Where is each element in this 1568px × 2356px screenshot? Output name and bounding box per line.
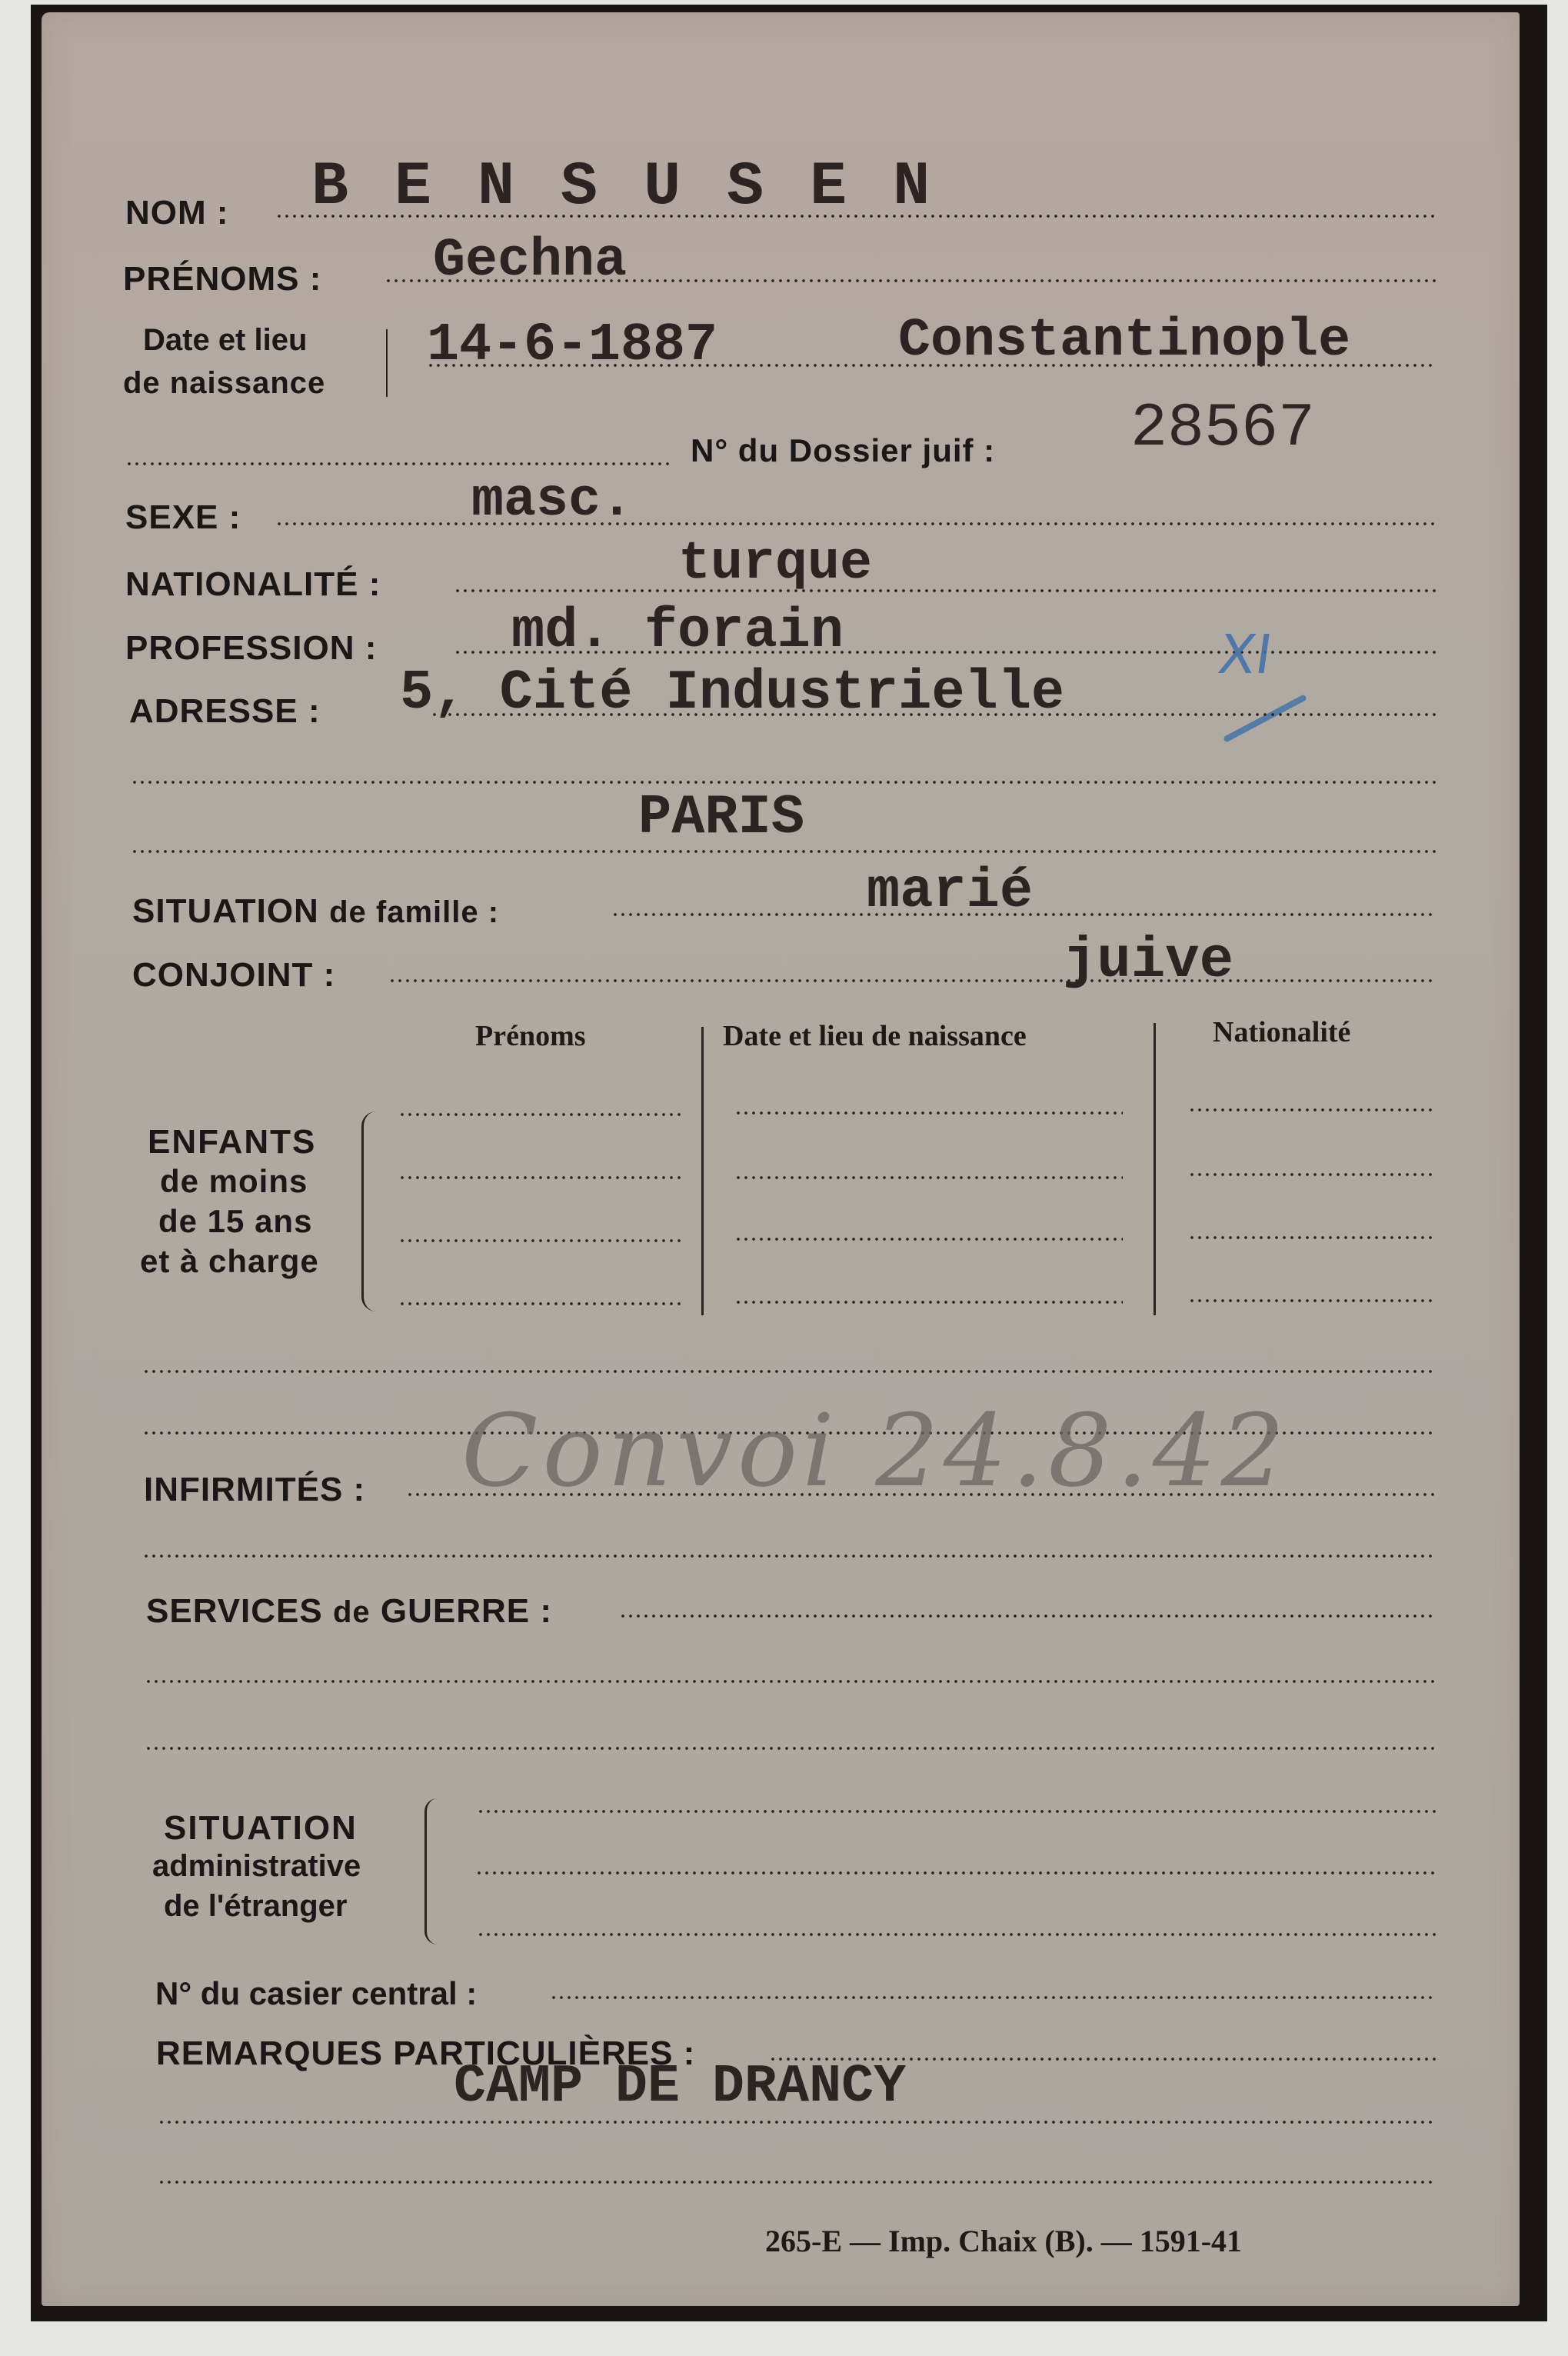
- printer-footer: 265-E — Imp. Chaix (B). — 1591-41: [765, 2223, 1242, 2259]
- enfants-divider-1: [701, 1027, 704, 1315]
- enfants-col-naissance: Date et lieu de naissance: [723, 1019, 1027, 1053]
- remarques-dotted-line-2: [158, 2120, 1437, 2124]
- nom-label: NOM :: [125, 194, 229, 232]
- situation-famille-label: SITUATION de famille :: [132, 892, 499, 931]
- situation-admin-label-2: administrative: [152, 1849, 361, 1884]
- profession-label: PROFESSION :: [125, 629, 377, 668]
- naissance-bracket: [386, 329, 388, 397]
- enfant-row-2-naissance[interactable]: [734, 1175, 1123, 1180]
- enfant-row-4-naissance[interactable]: [734, 1300, 1123, 1305]
- services-guerre-label: SERVICES de GUERRE :: [146, 1592, 552, 1631]
- profession-dotted-line: [454, 650, 1437, 655]
- situation-admin-label-3: de l'étranger: [164, 1889, 347, 1924]
- infirmites-dotted-line-2: [142, 1554, 1437, 1558]
- nationalite-label: NATIONALITÉ :: [125, 565, 381, 604]
- naissance-label-1: Date et lieu: [143, 323, 307, 358]
- services-label-de: de: [333, 1595, 371, 1629]
- adresse-city[interactable]: PARIS: [638, 786, 804, 849]
- dossier-label: N° du Dossier juif :: [691, 432, 995, 469]
- enfant-row-1-naissance[interactable]: [734, 1111, 1123, 1115]
- enfant-row-3-prenoms[interactable]: [398, 1238, 683, 1243]
- conjoint-label: CONJOINT :: [132, 956, 335, 995]
- situation-admin-dotted-3[interactable]: [477, 1932, 1437, 1937]
- enfant-row-1-nationalite[interactable]: [1188, 1108, 1437, 1112]
- services-dotted-line-3: [145, 1746, 1437, 1751]
- services-label-bold2: GUERRE :: [381, 1592, 552, 1630]
- enfants-label-1: ENFANTS: [148, 1123, 316, 1161]
- services-dotted-line-2: [145, 1679, 1437, 1684]
- city-dotted-line: [131, 849, 1437, 854]
- situation-admin-dotted-2[interactable]: [475, 1871, 1437, 1875]
- enfant-row-4-prenoms[interactable]: [398, 1301, 683, 1306]
- situation-admin-brace: [424, 1798, 438, 1944]
- enfants-col-nationalite: Nationalité: [1213, 1015, 1350, 1049]
- enfant-row-3-naissance[interactable]: [734, 1237, 1123, 1241]
- enfants-label-3: de 15 ans: [158, 1203, 312, 1240]
- remarques-dotted-line-3: [158, 2180, 1437, 2184]
- enfants-label-2: de moins: [160, 1163, 308, 1200]
- enfant-row-2-prenoms[interactable]: [398, 1175, 683, 1180]
- nom-dotted-line: [275, 214, 1437, 218]
- nationalite-value[interactable]: turque: [678, 534, 872, 595]
- enfant-row-4-nationalite[interactable]: [1188, 1298, 1437, 1303]
- dossier-dotted-prefix: [125, 462, 671, 466]
- dossier-number[interactable]: 28567: [1130, 394, 1315, 464]
- convoi-handwritten-note: Convoi 24.8.42: [461, 1392, 1289, 1509]
- naissance-label-2: de naissance: [123, 366, 325, 401]
- conjoint-value[interactable]: juive: [1063, 929, 1233, 994]
- situation-famille-dotted-line: [611, 912, 1437, 917]
- blank-dotted-line-1: [142, 1369, 1437, 1374]
- nom-value[interactable]: B E N S U S E N: [311, 152, 934, 222]
- situation-admin-label-1: SITUATION: [164, 1809, 358, 1848]
- services-label-bold1: SERVICES: [146, 1592, 323, 1630]
- casier-dotted-line[interactable]: [550, 1995, 1437, 2000]
- prenoms-dotted-line: [385, 278, 1437, 283]
- situation-admin-dotted-1[interactable]: [477, 1809, 1437, 1814]
- adresse-dotted-line: [431, 712, 1437, 717]
- adresse-label: ADRESSE :: [129, 692, 321, 731]
- services-dotted-line: [619, 1614, 1437, 1618]
- conjoint-dotted-line: [388, 978, 1437, 983]
- enfants-col-prenoms: Prénoms: [475, 1019, 586, 1053]
- enfant-row-1-prenoms[interactable]: [398, 1112, 683, 1117]
- sexe-dotted-line: [275, 522, 1437, 526]
- infirmites-label: INFIRMITÉS :: [144, 1471, 365, 1509]
- enfants-divider-2: [1154, 1023, 1156, 1315]
- enfants-brace: [361, 1111, 376, 1311]
- adresse-dotted-line-2: [131, 780, 1437, 785]
- arrondissement-annotation: XI: [1214, 623, 1276, 686]
- casier-label: N° du casier central :: [155, 1975, 477, 2012]
- naissance-dotted-line: [427, 363, 1437, 368]
- prenoms-label: PRÉNOMS :: [123, 260, 321, 298]
- situation-famille-label-rest: de famille :: [329, 895, 499, 929]
- nationalite-dotted-line: [454, 588, 1437, 593]
- enfant-row-2-nationalite[interactable]: [1188, 1172, 1437, 1177]
- remarques-value[interactable]: CAMP DE DRANCY: [454, 2057, 906, 2118]
- situation-famille-label-bold: SITUATION: [132, 892, 319, 930]
- sexe-label: SEXE :: [125, 498, 241, 537]
- enfants-label-4: et à charge: [140, 1243, 319, 1280]
- enfant-row-3-nationalite[interactable]: [1188, 1235, 1437, 1240]
